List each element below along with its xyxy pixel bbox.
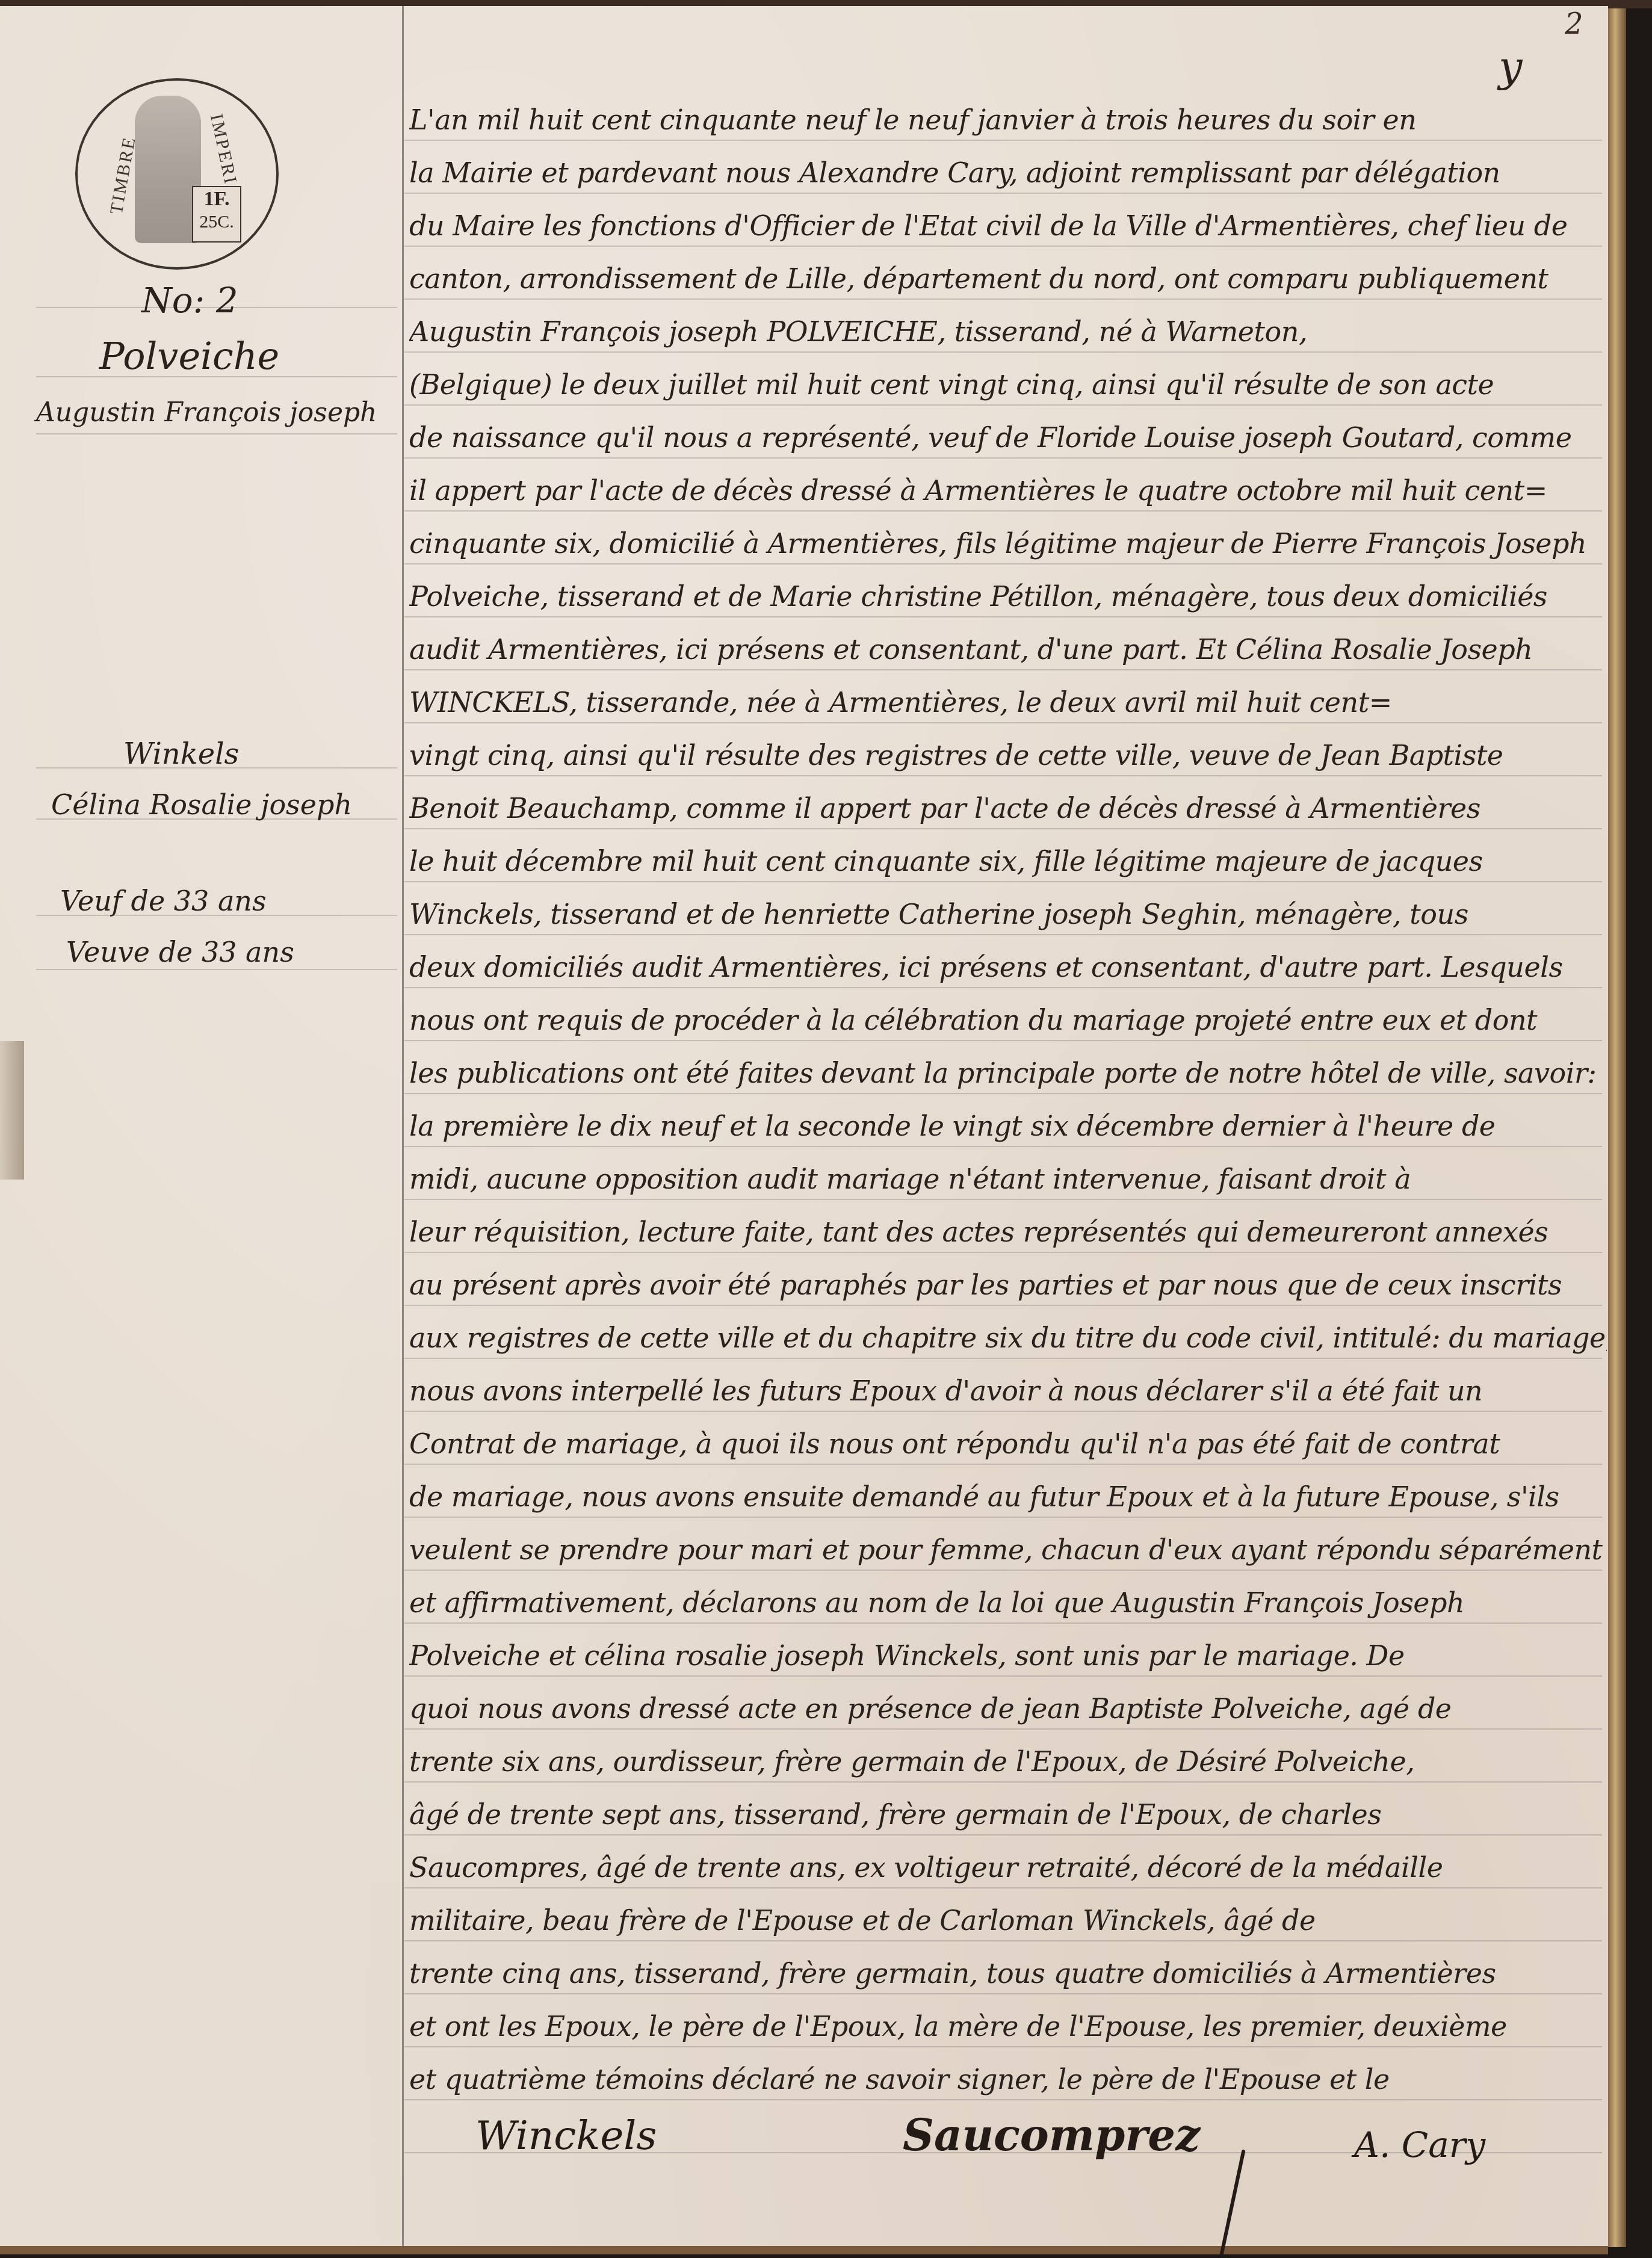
- body-line: audit Armentières, ici présens et consen…: [409, 633, 1607, 666]
- margin-groom-surname: Polveiche: [99, 334, 279, 378]
- body-line: il appert par l'acte de décès dressé à A…: [409, 474, 1607, 507]
- stamp-value-box: 1F. 25C.: [192, 186, 241, 243]
- body-line: cinquante six, domicilié à Armentières, …: [409, 527, 1607, 560]
- body-line: militaire, beau frère de l'Epouse et de …: [409, 1904, 1607, 1937]
- body-line: deux domiciliés audit Armentières, ici p…: [409, 951, 1607, 983]
- ruled-line: [404, 669, 1602, 670]
- signature-winckels: Winckels: [475, 2112, 657, 2159]
- ruled-line: [404, 298, 1602, 300]
- signature-saucomprez: Saucomprez: [903, 2109, 1200, 2161]
- ruled-line: [404, 1252, 1602, 1253]
- body-line: Saucompres, âgé de trente ans, ex voltig…: [409, 1851, 1607, 1884]
- body-line: vingt cinq, ainsi qu'il résulte des regi…: [409, 739, 1607, 772]
- body-line: la première le dix neuf et la seconde le…: [409, 1110, 1607, 1142]
- body-line: (Belgique) le deux juillet mil huit cent…: [409, 368, 1607, 401]
- body-line: âgé de trente sept ans, tisserand, frère…: [409, 1798, 1607, 1831]
- body-line: quoi nous avons dressé acte en présence …: [409, 1692, 1607, 1725]
- body-line: WINCKELS, tisserande, née à Armentières,…: [409, 686, 1607, 719]
- ruled-line: [404, 1040, 1602, 1041]
- ruled-line: [404, 1517, 1602, 1518]
- torn-edge: [0, 1041, 24, 1180]
- ruled-line: [404, 616, 1602, 617]
- ruled-line: [404, 1781, 1602, 1783]
- body-line: Augustin François joseph POLVEICHE, tiss…: [409, 315, 1607, 348]
- ruled-line: [404, 457, 1602, 459]
- ruled-line: [404, 1464, 1602, 1465]
- act-number: No: 2: [141, 280, 238, 321]
- page-edge: [1608, 8, 1626, 2247]
- body-line: aux registres de cette ville et du chapi…: [409, 1322, 1607, 1354]
- ruled-line: [404, 1093, 1602, 1094]
- margin-rule: [402, 6, 404, 2246]
- body-line: le huit décembre mil huit cent cinquante…: [409, 845, 1607, 877]
- ruled-line: [404, 2099, 1602, 2100]
- ruled-line: [404, 1305, 1602, 1306]
- ruled-line: [404, 193, 1602, 194]
- margin-bride-surname: Winkels: [123, 737, 239, 771]
- ruled-line: [404, 351, 1602, 353]
- body-line: les publications ont été faites devant l…: [409, 1057, 1607, 1089]
- body-line: et affirmativement, déclarons au nom de …: [409, 1586, 1607, 1619]
- ruled-line: [404, 1993, 1602, 1994]
- ruled-line: [404, 1675, 1602, 1677]
- ruled-line: [404, 1411, 1602, 1412]
- body-line: nous avons interpellé les futurs Epoux d…: [409, 1375, 1607, 1407]
- body-line: Contrat de mariage, à quoi ils nous ont …: [409, 1427, 1607, 1460]
- ruled-line: [404, 987, 1602, 988]
- body-line: midi, aucune opposition audit mariage n'…: [409, 1163, 1607, 1195]
- margin-ruled-line: [36, 433, 397, 435]
- ruled-line: [404, 934, 1602, 935]
- body-line: et quatrième témoins déclaré ne savoir s…: [409, 2063, 1607, 2096]
- ruled-line: [404, 1940, 1602, 1941]
- margin-ruled-line: [36, 969, 397, 970]
- ruled-line: [404, 1199, 1602, 1200]
- ruled-line: [404, 563, 1602, 564]
- justice-figure-icon: [135, 96, 201, 243]
- ruled-line: [404, 828, 1602, 829]
- ruled-line: [404, 246, 1602, 247]
- body-line: trente six ans, ourdisseur, frère germai…: [409, 1745, 1607, 1778]
- ruled-line: [404, 1887, 1602, 1888]
- body-line: L'an mil huit cent cinquante neuf le neu…: [409, 104, 1607, 136]
- margin-groom-status: Veuf de 33 ans: [60, 885, 267, 917]
- body-line: trente cinq ans, tisserand, frère germai…: [409, 1957, 1607, 1990]
- body-line: leur réquisition, lecture faite, tant de…: [409, 1216, 1607, 1248]
- ruled-line: [404, 2046, 1602, 2047]
- ruled-line: [404, 1834, 1602, 1836]
- ruled-line: [404, 140, 1602, 141]
- body-line: nous ont requis de procéder à la célébra…: [409, 1004, 1607, 1036]
- body-line: Winckels, tisserand et de henriette Cath…: [409, 898, 1607, 930]
- ruled-line: [404, 1570, 1602, 1571]
- body-line: de mariage, nous avons ensuite demandé a…: [409, 1480, 1607, 1513]
- page-number: 2: [1565, 7, 1583, 41]
- body-line: au présent après avoir été paraphés par …: [409, 1269, 1607, 1301]
- signature-a-cary: A. Cary: [1354, 2124, 1485, 2165]
- body-line: canton, arrondissement de Lille, départe…: [409, 262, 1607, 295]
- ruled-line: [404, 775, 1602, 776]
- body-line: de naissance qu'il nous a représenté, ve…: [409, 421, 1607, 454]
- ruled-line: [404, 1622, 1602, 1624]
- ruled-line: [404, 1358, 1602, 1359]
- stamp-value-francs: 1F.: [193, 187, 240, 211]
- ruled-line: [404, 510, 1602, 512]
- body-line: veulent se prendre pour mari et pour fem…: [409, 1533, 1607, 1566]
- margin-bride-given-names: Célina Rosalie joseph: [51, 788, 352, 821]
- ruled-line: [404, 722, 1602, 723]
- stamp-value-centimes: 25C.: [193, 211, 240, 233]
- body-line: Polveiche, tisserand et de Marie christi…: [409, 580, 1607, 613]
- imperial-tax-stamp: TIMBRE IMPERIAL 1F. 25C.: [75, 78, 279, 270]
- ruled-line: [404, 404, 1602, 406]
- body-line: Benoit Beauchamp, comme il appert par l'…: [409, 792, 1607, 824]
- ruled-line: [404, 881, 1602, 882]
- body-line: et ont les Epoux, le père de l'Epoux, la…: [409, 2010, 1607, 2043]
- margin-groom-given-names: Augustin François joseph: [36, 397, 377, 428]
- body-line: la Mairie et pardevant nous Alexandre Ca…: [409, 156, 1607, 189]
- margin-bride-status: Veuve de 33 ans: [66, 936, 294, 968]
- paraph-mark: y: [1499, 42, 1523, 91]
- body-line: du Maire les fonctions d'Officier de l'E…: [409, 209, 1607, 242]
- body-line: Polveiche et célina rosalie joseph Winck…: [409, 1639, 1607, 1672]
- ruled-line: [404, 1146, 1602, 1147]
- ruled-line: [404, 1728, 1602, 1730]
